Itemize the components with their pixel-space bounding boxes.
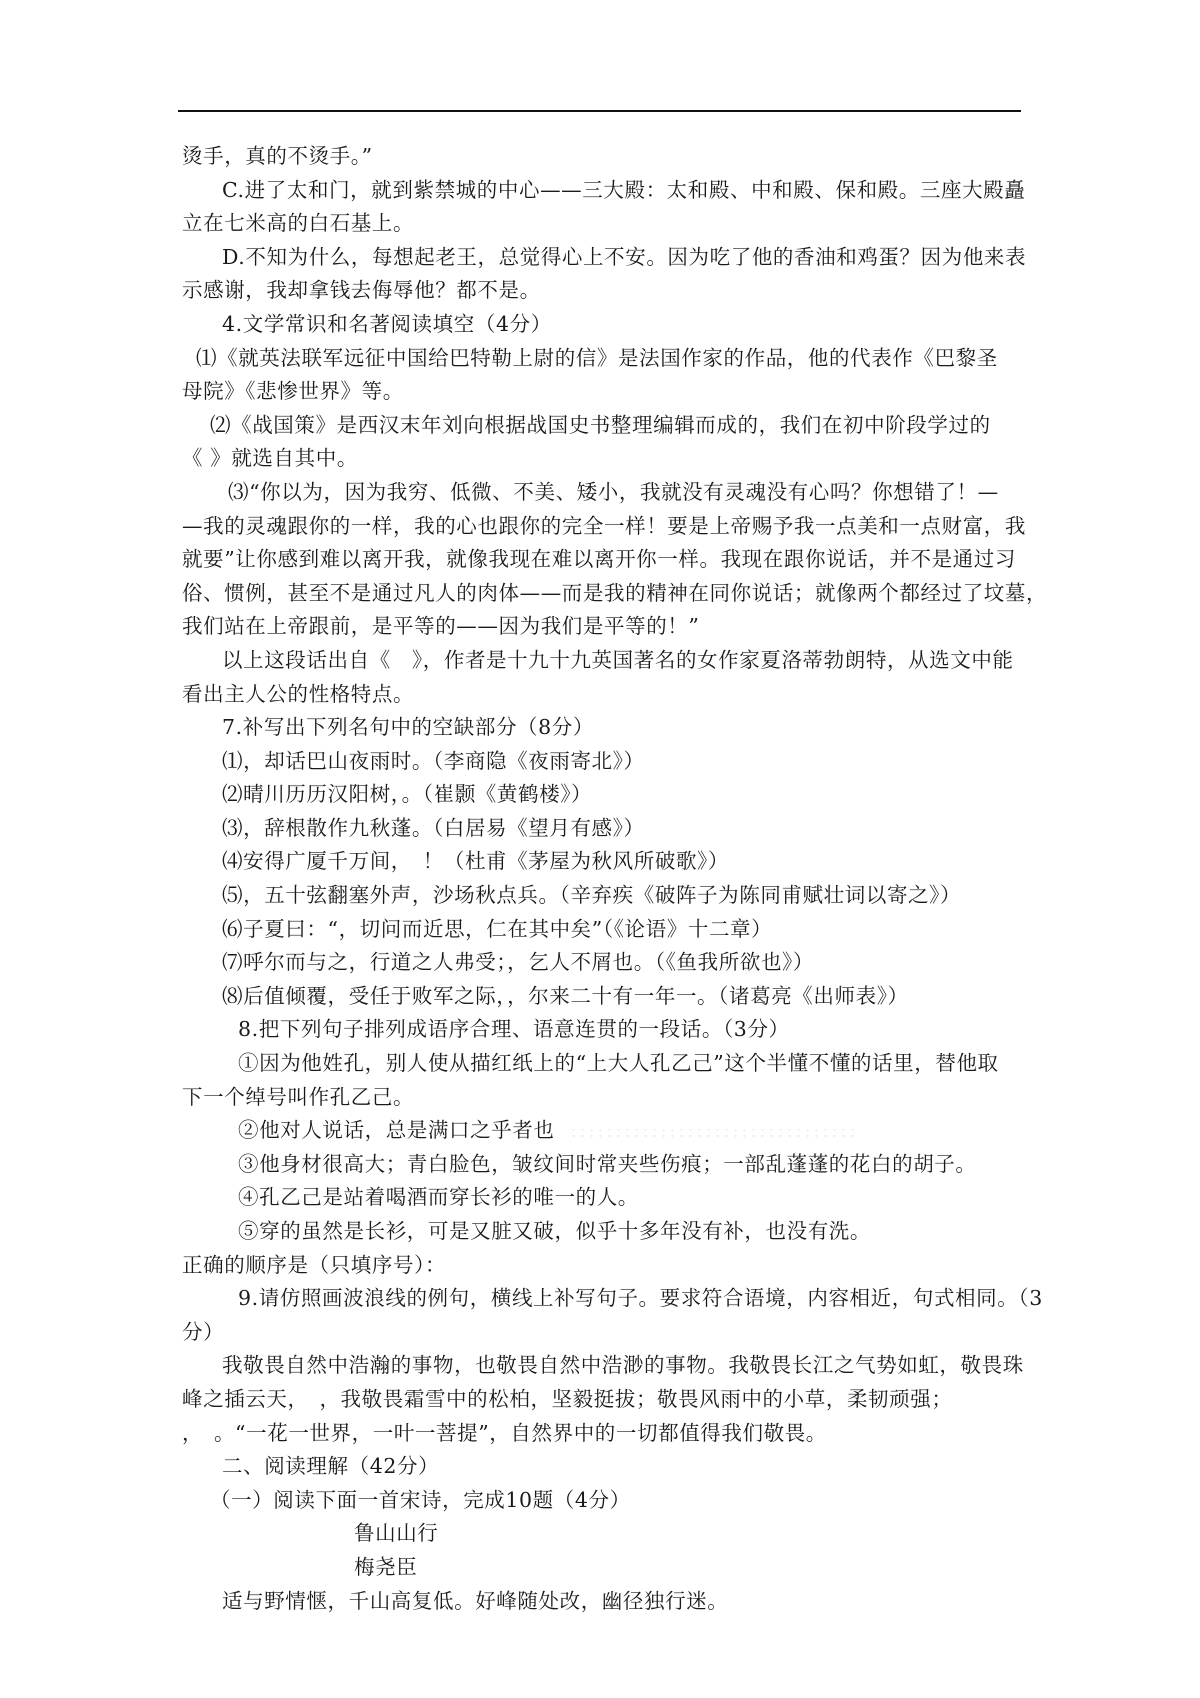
subsection-1-heading: （一）阅读下面一首宋诗，完成10题（4分） (182, 1484, 1020, 1518)
option-c: C.进了太和门，就到紫禁城的中心——三大殿：太和殿、中和殿、保和殿。三座大殿矗 (182, 174, 1020, 208)
question-4-heading: 4.文学常识和名著阅读填空（4分） (182, 308, 1020, 342)
q7-item-5: ⑸，五十弦翻塞外声，沙场秋点兵。（辛弃疾《破阵子为陈同甫赋壮词以寄之》） (182, 879, 1020, 913)
q4-item-1: ⑴《就英法联军远征中国给巴特勒上尉的信》是法国作家的作品，他的代表作《巴黎圣 (182, 342, 1020, 376)
poem-line-1: 适与野情惬，千山高复低。好峰随处改，幽径独行迷。 (182, 1585, 1020, 1619)
question-7-heading: 7.补写出下列名句中的空缺部分（8分） (182, 711, 1020, 745)
q4-item-3-cont-2: 就要”让你感到难以离开我，就像我现在难以离开你一样。我现在跟你说话，并不是通过习 (182, 543, 1020, 577)
q7-item-7: ⑺呼尔而与之，行道之人弗受；，乞人不屑也。（《鱼我所欲也》） (182, 946, 1020, 980)
q8-sentence-4: ④孔乙己是站着喝酒而穿长衫的唯一的人。 (182, 1181, 1020, 1215)
q8-sentence-1: ①因为他姓孔，别人使从描红纸上的“上大人孔乙己”这个半懂不懂的话里，替他取 (182, 1047, 1020, 1081)
q4-item-2-cont: 《 》就选自其中。 (182, 442, 1020, 476)
faint-dotted-artifact (569, 1127, 859, 1137)
q7-item-6: ⑹子夏曰：“，切问而近思，仁在其中矣”（《论语》十二章） (182, 913, 1020, 947)
q4-item-3-cont-3: 俗、惯例，甚至不是通过凡人的肉体——而是我的精神在同你说话；就像两个都经过了坟墓… (182, 577, 1020, 611)
q4-item-3-cont-4: 我们站在上帝跟前，是平等的——因为我们是平等的！” (182, 610, 1020, 644)
poem-author: 梅尧臣 (182, 1551, 1020, 1585)
q8-sentence-2: ②他对人说话，总是满口之乎者也 (182, 1114, 1020, 1148)
q4-item-3-question: 以上这段话出自《 》，作者是十九十九英国著名的女作家夏洛蒂勃朗特，从选文中能 (182, 644, 1020, 678)
q4-item-2: ⑵《战国策》是西汉末年刘向根据战国史书整理编辑而成的，我们在初中阶段学过的 (182, 409, 1020, 443)
document-page: 烫手，真的不烫手。” C.进了太和门，就到紫禁城的中心——三大殿：太和殿、中和殿… (182, 140, 1020, 1618)
q7-item-3: ⑶，辞根散作九秋蓬。（白居易《望月有感》） (182, 812, 1020, 846)
q7-item-1: ⑴，却话巴山夜雨时。（李商隐《夜雨寄北》） (182, 745, 1020, 779)
option-d: D.不知为什么，每想起老王，总觉得心上不安。因为吃了他的香油和鸡蛋？因为他来表 (182, 241, 1020, 275)
q8-sentence-1-cont: 下一个绰号叫作孔乙己。 (182, 1081, 1020, 1115)
q4-item-1-cont: 母院》《悲惨世界》等。 (182, 375, 1020, 409)
question-8-heading: 8.把下列句子排列成语序合理、语意连贯的一段话。（3分） (182, 1013, 1020, 1047)
q7-item-4: ⑷安得广厦千万间， ！（杜甫《茅屋为秋风所破歌》） (182, 845, 1020, 879)
option-d-cont: 示感谢，我却拿钱去侮辱他？都不是。 (182, 274, 1020, 308)
q8-sentence-3: ③他身材很高大；青白脸色，皱纹间时常夹些伤痕；一部乱蓬蓬的花白的胡子。 (182, 1148, 1020, 1182)
poem-title: 鲁山山行 (182, 1517, 1020, 1551)
q4-item-3-cont-1: —我的灵魂跟你的一样，我的心也跟你的完全一样！要是上帝赐予我一点美和一点财富，我 (182, 510, 1020, 544)
q8-answer-prompt: 正确的顺序是（只填序号）： (182, 1249, 1020, 1283)
question-9-heading-cont: 分） (182, 1316, 1020, 1350)
q8-sentence-5: ⑤穿的虽然是长衫，可是又脏又破，似乎十多年没有补，也没有洗。 (182, 1215, 1020, 1249)
q7-item-2: ⑵晴川历历汉阳树，。（崔颢《黄鹤楼》） (182, 778, 1020, 812)
q4-item-3-question-cont: 看出主人公的性格特点。 (182, 678, 1020, 712)
q9-passage-1: 我敬畏自然中浩瀚的事物，也敬畏自然中浩渺的事物。我敬畏长江之气势如虹，敬畏珠 (182, 1349, 1020, 1383)
header-rule (178, 110, 1021, 112)
option-c-cont: 立在七米高的白石基上。 (182, 207, 1020, 241)
q9-passage-3: ， 。“一花一世界，一叶一菩提”，自然界中的一切都值得我们敬畏。 (182, 1417, 1020, 1451)
q9-passage-2: 峰之插云天， ，我敬畏霜雪中的松柏，坚毅挺拔；敬畏风雨中的小草，柔韧顽强； (182, 1383, 1020, 1417)
question-9-heading: 9.请仿照画波浪线的例句，横线上补写句子。要求符合语境，内容相近，句式相同。（3 (182, 1282, 1020, 1316)
section-2-heading: 二、阅读理解（42分） (182, 1450, 1020, 1484)
q8-sentence-2-text: ②他对人说话，总是满口之乎者也 (238, 1118, 555, 1142)
text-line-continuation: 烫手，真的不烫手。” (182, 140, 1020, 174)
q4-item-3: ⑶“你以为，因为我穷、低微、不美、矮小，我就没有灵魂没有心吗？你想错了！— (182, 476, 1020, 510)
q7-item-8: ⑻后值倾覆，受任于败军之际，，尔来二十有一年一。（诸葛亮《出师表》） (182, 980, 1020, 1014)
